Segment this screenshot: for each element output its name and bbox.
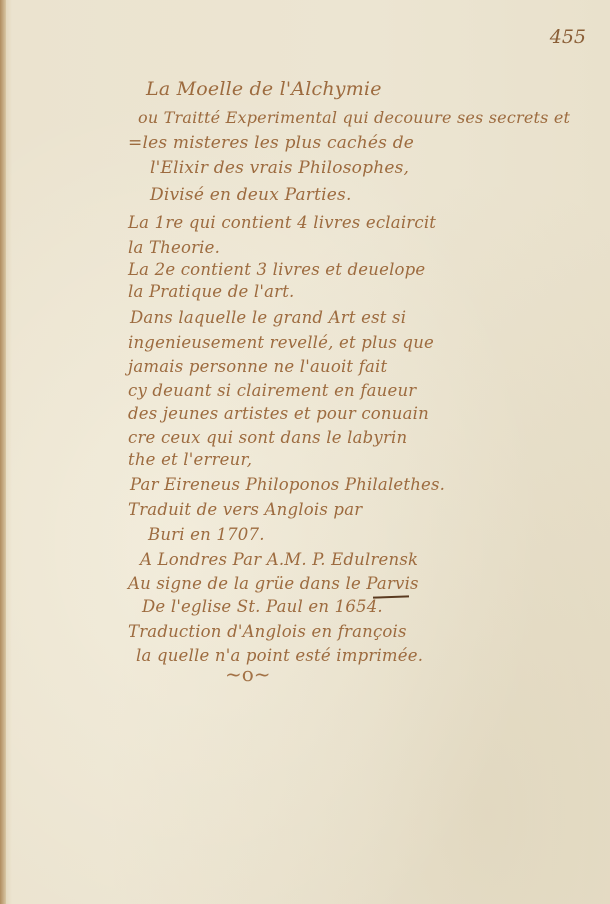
manuscript-line: La Moelle de l'Alchymie — [146, 78, 382, 100]
flourish-ornament: ~o~ — [225, 662, 271, 686]
manuscript-line: =les misteres les plus cachés de — [128, 133, 414, 153]
manuscript-line: A Londres Par A.M. P. Edulrensk — [140, 550, 418, 569]
manuscript-line: Dans laquelle le grand Art est si — [130, 308, 406, 327]
manuscript-line: des jeunes artistes et pour conuain — [128, 404, 429, 423]
manuscript-page: 455 La Moelle de l'Alchymieou Traitté Ex… — [0, 0, 610, 904]
folio-number: 455 — [550, 26, 586, 48]
manuscript-line: la Theorie. — [128, 238, 220, 257]
ink-rule — [373, 595, 409, 598]
manuscript-line: cre ceux qui sont dans le labyrin — [128, 428, 407, 447]
manuscript-line: jamais personne ne l'auoit fait — [128, 357, 387, 376]
manuscript-line: ingenieusement revellé, et plus que — [128, 333, 434, 352]
manuscript-line: Au signe de la grüe dans le Parvis — [128, 574, 419, 593]
manuscript-line: De l'eglise St. Paul en 1654. — [142, 597, 383, 616]
manuscript-line: l'Elixir des vrais Philosophes, — [150, 158, 409, 178]
manuscript-line: Buri en 1707. — [148, 525, 265, 544]
manuscript-line: Divisé en deux Parties. — [150, 185, 352, 205]
manuscript-line: Traduction d'Anglois en françois — [128, 622, 407, 641]
manuscript-line: the et l'erreur, — [128, 450, 252, 469]
manuscript-line: cy deuant si clairement en faueur — [128, 381, 416, 400]
manuscript-line: La 2e contient 3 livres et deuelope — [128, 260, 425, 279]
manuscript-line: la Pratique de l'art. — [128, 282, 294, 301]
manuscript-line: ou Traitté Experimental qui decouure ses… — [138, 108, 570, 127]
manuscript-line: la quelle n'a point esté imprimée. — [136, 646, 423, 665]
manuscript-line: Par Eireneus Philoponos Philalethes. — [130, 475, 445, 494]
manuscript-line: La 1re qui contient 4 livres eclaircit — [128, 213, 436, 232]
manuscript-line: Traduit de vers Anglois par — [128, 500, 362, 519]
binding-edge — [0, 0, 6, 904]
